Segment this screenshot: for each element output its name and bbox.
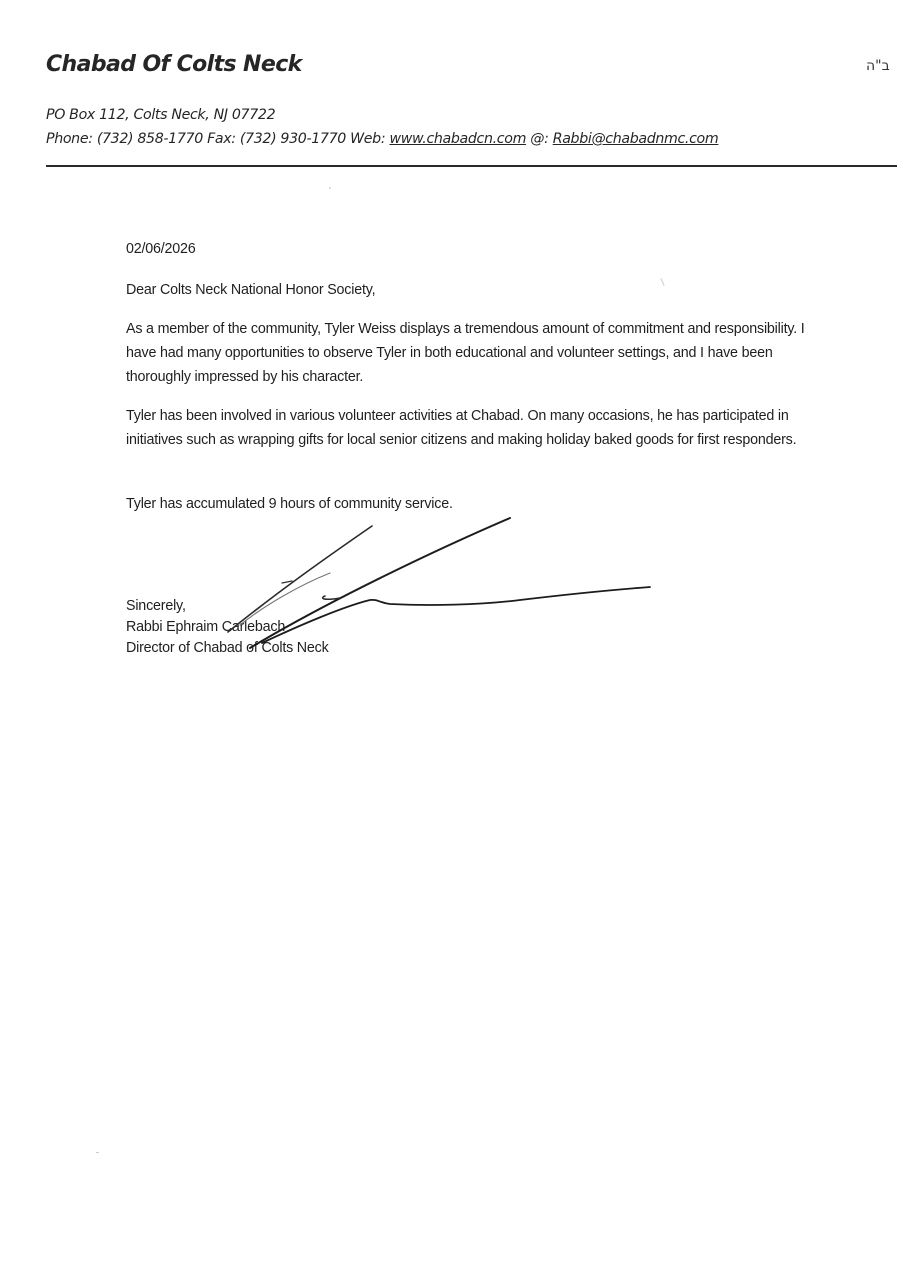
phone-label: Phone: <box>46 131 93 147</box>
letter-date: 02/06/2026 <box>126 237 826 261</box>
signature-block: Sincerely, Rabbi Ephraim Carlebach Direc… <box>126 596 826 659</box>
scan-speck <box>96 1152 99 1153</box>
contact-line: Phone: (732) 858-1770 Fax: (732) 930-177… <box>46 131 718 147</box>
fax-label: Fax: <box>207 131 236 147</box>
paragraph: Tyler has accumulated 9 hours of communi… <box>126 492 826 516</box>
email-link[interactable]: Rabbi@chabadnmc.com <box>553 131 719 147</box>
closing: Sincerely, <box>126 596 826 617</box>
salutation: Dear Colts Neck National Honor Society, <box>126 278 826 302</box>
header-divider <box>46 165 897 167</box>
signer-name: Rabbi Ephraim Carlebach <box>126 617 826 638</box>
scan-speck <box>329 187 331 189</box>
website-link[interactable]: www.chabadcn.com <box>389 131 526 147</box>
organization-name: Chabad Of Colts Neck <box>46 52 302 77</box>
paragraph: Tyler has been involved in various volun… <box>126 404 826 452</box>
address-line: PO Box 112, Colts Neck, NJ 07722 <box>46 107 275 123</box>
hebrew-mark: ב"ה <box>866 58 890 74</box>
web-label: Web: <box>350 131 385 147</box>
email-label: @: <box>530 131 548 147</box>
paragraph: As a member of the community, Tyler Weis… <box>126 317 826 389</box>
fax-number: (732) 930-1770 <box>240 131 346 147</box>
phone-number: (732) 858-1770 <box>97 131 203 147</box>
signer-title: Director of Chabad of Colts Neck <box>126 638 826 659</box>
